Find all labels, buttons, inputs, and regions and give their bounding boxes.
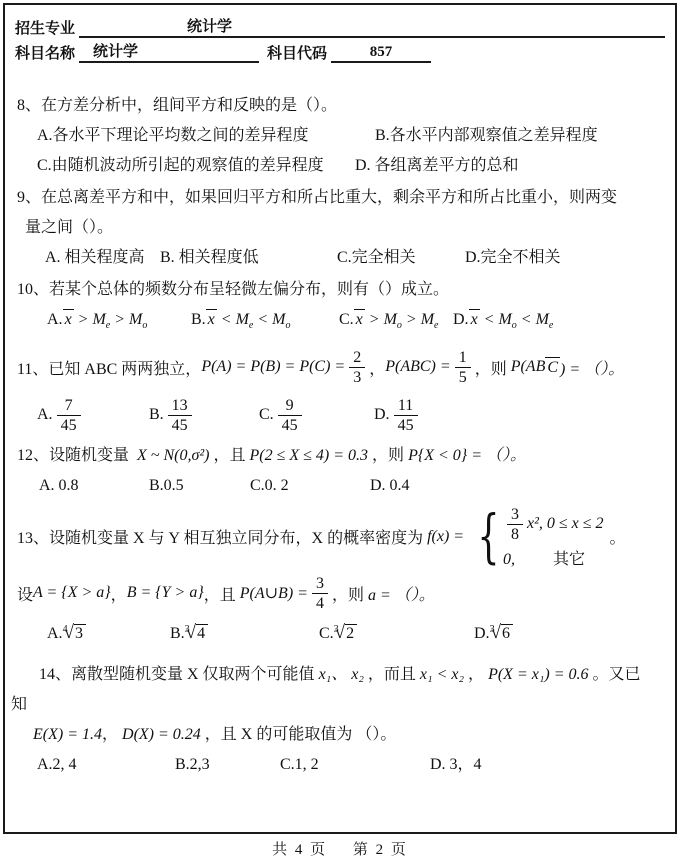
subject-code-line: 857 — [331, 44, 431, 63]
root-index: 3 — [185, 624, 190, 635]
separator: ， — [369, 356, 385, 379]
relation: < — [221, 311, 232, 328]
exam-header: 招生专业 统计学 科目名称 统计学 科目代码 857 — [15, 13, 665, 63]
total-pages-text: 共 4 页 — [272, 842, 327, 858]
subject-code-value: 857 — [370, 44, 393, 60]
fraction: 15 — [455, 348, 471, 387]
separator: ，且 — [204, 582, 236, 605]
radicand: 2 — [345, 624, 357, 642]
union-probability: P(A∪B) = — [240, 583, 308, 603]
question-11-option-d: D.1145 — [374, 394, 663, 437]
option-label: D. — [474, 625, 490, 642]
question-9-option-d: D.完全不相关 — [465, 243, 663, 273]
question-9: 9、在总离差平方和中，如果回归平方和所占比重大，剩余平方和所占比重小，则两变 量… — [17, 183, 663, 273]
question-10-stem: 10、若某个总体的频数分布呈轻微左偏分布，则有（）成立。 — [17, 275, 663, 305]
probability-expression-end: ) = （）。 — [560, 356, 624, 379]
fraction: 1345 — [168, 396, 192, 435]
question-11-option-b: B.1345 — [149, 394, 259, 437]
option-label: C. — [319, 625, 334, 642]
piecewise-function: { 38 x², 0 ≤ x ≤ 2 0, 其它 — [470, 503, 603, 570]
question-9-stem-line2: 量之间（）。 — [17, 213, 663, 243]
option-label: B. — [170, 625, 185, 642]
separator: ， — [468, 666, 484, 683]
subscript: e — [434, 320, 438, 331]
median-symbol: M — [536, 311, 549, 328]
fraction-numerator: 11 — [394, 396, 418, 416]
event-b-definition: B = {Y > a} — [127, 584, 204, 602]
root-index: 3 — [490, 624, 495, 635]
questions-area: 8、在方差分析中，组间平方和反映的是（）。 A.各水平下理论平均数之间的差异程度… — [15, 63, 665, 780]
relation: > — [78, 311, 89, 328]
probability-expression: P(AB — [511, 358, 546, 376]
separator: ，则 — [475, 356, 507, 379]
radical-expression: 3√2 — [334, 618, 357, 651]
option-label: A. — [37, 400, 53, 430]
question-13-option-b: B.3√4 — [170, 618, 319, 651]
option-label: B. — [149, 400, 164, 430]
relation: < — [257, 311, 268, 328]
question-12-option-a: A. 0.8 — [39, 471, 149, 501]
question-10-option-c: C.x>Mo>Me — [339, 305, 453, 341]
piecewise-case-1: 38 x², 0 ≤ x ≤ 2 — [503, 503, 604, 546]
question-13-stem-line2: 设 A = {X > a} ， B = {Y > a} ，且 P(A∪B) = … — [17, 570, 663, 616]
fraction-denominator: 45 — [394, 416, 418, 435]
relation: > — [369, 311, 380, 328]
fraction-denominator: 8 — [507, 525, 523, 544]
fraction-numerator: 3 — [507, 505, 523, 525]
option-label: C. — [259, 400, 274, 430]
relation: > — [114, 311, 125, 328]
radical-expression: 4√3 — [63, 618, 86, 651]
question-8-option-b: B.各水平内部观察值之差异程度 — [375, 121, 663, 151]
question-10-option-d: D.x<Mo<Me — [453, 305, 663, 341]
root-index: 3 — [334, 624, 339, 635]
question-13-stem: 13、设随机变量 X 与 Y 相互独立同分布，X 的概率密度为 f(x) = {… — [17, 503, 663, 570]
option-label: A. — [47, 625, 63, 642]
question-9-option-a: A. 相关程度高 — [45, 243, 160, 273]
density-function: f(x) = — [427, 528, 464, 546]
option-label: B. — [191, 311, 206, 328]
separator: ，则 — [332, 582, 364, 605]
subject-name-line: 统计学 — [79, 40, 259, 63]
subscript: o — [142, 320, 147, 331]
fraction: 945 — [278, 396, 302, 435]
option-label: D. — [374, 400, 390, 430]
separator: ，则 — [372, 447, 404, 464]
radical-expression: 3√6 — [490, 618, 513, 651]
question-14-stem-line3: E(X) = 1.4，D(X) = 0.24，且 X 的可能取值为 （）。 — [17, 720, 663, 750]
subscript: o — [397, 320, 402, 331]
subscript: e — [549, 320, 553, 331]
question-8: 8、在方差分析中，组间平方和反映的是（）。 A.各水平下理论平均数之间的差异程度… — [17, 91, 663, 181]
mean-symbol: x — [469, 309, 480, 329]
separator: ， — [111, 582, 127, 605]
probability-equation: P(A) = P(B) = P(C) = — [201, 358, 345, 376]
probability-value: P(X = x₁) = 0.6 — [488, 666, 588, 683]
relation: > — [406, 311, 417, 328]
question-11-option-c: C.945 — [259, 394, 374, 437]
question-14-option-c: C.1, 2 — [280, 750, 430, 780]
median-symbol: M — [92, 311, 105, 328]
question-13-options: A.4√3 B.3√4 C.3√2 D.3√6 — [47, 616, 663, 652]
fraction-denominator: 4 — [312, 594, 328, 613]
question-12-stem: 12、设随机变量 X ~ N(0,σ²)，且P(2 ≤ X ≤ 4) = 0.3… — [17, 441, 663, 471]
fraction-denominator: 45 — [57, 416, 81, 435]
case-condition: 其它 — [553, 550, 585, 571]
question-8-option-c: C.由随机波动所引起的观察值的差异程度 — [37, 151, 355, 181]
question-10-option-b: B.x<Me<Mo — [191, 305, 339, 341]
question-9-options: A. 相关程度高 B. 相关程度低 C.完全相关 D.完全不相关 — [45, 243, 663, 273]
left-brace: { — [477, 509, 499, 564]
fraction-numerator: 2 — [349, 348, 365, 368]
event-a-definition: A = {X > a} — [33, 584, 111, 602]
unknown-question: a = （）。 — [368, 582, 435, 605]
option-label: A. — [47, 311, 63, 328]
subscript: e — [106, 320, 110, 331]
stem-text: 13、设随机变量 X 与 Y 相互独立同分布，X 的概率密度为 — [17, 525, 423, 548]
question-14-option-b: B.2,3 — [175, 750, 280, 780]
question-13-option-a: A.4√3 — [47, 618, 170, 651]
question-10-option-a: A.x>Me>Mo — [47, 305, 191, 341]
separator: ， — [102, 726, 118, 743]
question-9-option-b: B. 相关程度低 — [160, 243, 337, 273]
header-row-subject: 科目名称 统计学 科目代码 857 — [15, 38, 665, 63]
question-13: 13、设随机变量 X 与 Y 相互独立同分布，X 的概率密度为 f(x) = {… — [17, 503, 663, 652]
probability-equation: P(ABC) = — [385, 358, 450, 376]
relation: < — [521, 311, 532, 328]
question-8-options-row-2: C.由随机波动所引起的观察值的差异程度 D. 各组离差平方的总和 — [37, 151, 663, 181]
sentence-period: 。 — [610, 525, 626, 548]
subscript: o — [512, 320, 517, 331]
option-label: D. — [453, 311, 469, 328]
question-14-option-a: A.2, 4 — [37, 750, 175, 780]
piecewise-case-2: 0, 其它 — [503, 550, 604, 571]
mode-symbol: M — [272, 311, 285, 328]
median-symbol: M — [236, 311, 249, 328]
fraction-denominator: 45 — [278, 416, 302, 435]
subject-code-label: 科目代码 — [267, 42, 331, 63]
separator: ，而且 — [368, 666, 416, 683]
question-10: 10、若某个总体的频数分布呈轻微左偏分布，则有（）成立。 A.x>Me>Mo B… — [17, 275, 663, 341]
mode-symbol: M — [384, 311, 397, 328]
question-8-options-row-1: A.各水平下理论平均数之间的差异程度 B.各水平内部观察值之差异程度 — [37, 121, 663, 151]
question-12-option-c: C.0. 2 — [250, 471, 370, 501]
stem-text: 11、已知 ABC 两两独立， — [17, 356, 201, 379]
variance-equation: D(X) = 0.24 — [122, 726, 201, 743]
complement-bar: C — [545, 357, 560, 377]
expectation-equation: E(X) = 1.4 — [33, 726, 102, 743]
question-11-stem: 11、已知 ABC 两两独立， P(A) = P(B) = P(C) = 23 … — [17, 343, 663, 391]
stem-text: 12、设随机变量 — [17, 447, 129, 464]
mode-symbol: M — [129, 311, 142, 328]
stem-text: 14、离散型随机变量 X 仅取两个可能值 — [39, 666, 315, 683]
question-10-options: A.x>Me>Mo B.x<Me<Mo C.x>Mo>Me D.x<Mo<Me — [47, 305, 663, 341]
median-symbol: M — [421, 311, 434, 328]
question-13-option-c: C.3√2 — [319, 618, 474, 651]
stem-text-end: 。又已 — [593, 666, 641, 683]
radicand: 6 — [501, 624, 513, 642]
question-8-option-a: A.各水平下理论平均数之间的差异程度 — [37, 121, 375, 151]
probability-condition: P(2 ≤ X ≤ 4) = 0.3 — [249, 447, 368, 464]
subscript: o — [285, 320, 290, 331]
question-14-option-d: D. 3，4 — [430, 750, 663, 780]
fraction-denominator: 3 — [349, 368, 365, 387]
distribution-expression: X ~ N(0,σ²) — [137, 447, 209, 464]
separator: ，且 — [213, 447, 245, 464]
case-expression: 0, — [503, 550, 515, 571]
current-page-text: 第 2 页 — [353, 842, 408, 858]
subject-name-value: 统计学 — [93, 44, 138, 60]
question-14-stem-wrap: 知 — [11, 690, 663, 720]
fraction: 23 — [349, 348, 365, 387]
mean-symbol: x — [206, 309, 217, 329]
admission-major-line: 统计学 — [79, 15, 665, 38]
case-expression: x², 0 ≤ x ≤ 2 — [527, 514, 604, 535]
question-11: 11、已知 ABC 两两独立， P(A) = P(B) = P(C) = 23 … — [17, 343, 663, 439]
fraction-numerator: 3 — [312, 574, 328, 594]
fraction-numerator: 1 — [455, 348, 471, 368]
exam-page-frame: 招生专业 统计学 科目名称 统计学 科目代码 857 8、在方差分析中，组间平方… — [3, 3, 677, 834]
page-footer: 共 4 页 第 2 页 — [0, 838, 680, 858]
fraction: 745 — [57, 396, 81, 435]
radicand: 3 — [74, 624, 86, 642]
inequality: x₁ < x₂ — [420, 666, 464, 683]
probability-question: P{X < 0} = （）。 — [408, 447, 526, 464]
fraction: 34 — [312, 574, 328, 613]
question-9-option-c: C.完全相关 — [337, 243, 465, 273]
fraction: 1145 — [394, 396, 418, 435]
question-12-option-b: B.0.5 — [149, 471, 250, 501]
admission-major-label: 招生专业 — [15, 17, 79, 38]
fraction-denominator: 5 — [455, 368, 471, 387]
admission-major-value: 统计学 — [187, 19, 232, 35]
question-13-option-d: D.3√6 — [474, 618, 663, 651]
fraction-numerator: 9 — [278, 396, 302, 416]
subscript: e — [249, 320, 253, 331]
mean-symbol: x — [354, 309, 365, 329]
mode-symbol: M — [498, 311, 511, 328]
question-8-stem: 8、在方差分析中，组间平方和反映的是（）。 — [17, 91, 663, 121]
possible-values: x₁、 x₂ — [319, 666, 364, 683]
question-12: 12、设随机变量 X ~ N(0,σ²)，且P(2 ≤ X ≤ 4) = 0.3… — [17, 441, 663, 501]
question-11-option-a: A.745 — [37, 394, 149, 437]
question-9-stem-line1: 9、在总离差平方和中，如果回归平方和所占比重大，剩余平方和所占比重小，则两变 — [17, 183, 663, 213]
header-row-major: 招生专业 统计学 — [15, 13, 665, 38]
mean-symbol: x — [63, 309, 74, 329]
question-14-options: A.2, 4 B.2,3 C.1, 2 D. 3，4 — [37, 750, 663, 780]
relation: < — [484, 311, 495, 328]
stem-question: ，且 X 的可能取值为 （）。 — [205, 726, 397, 743]
fraction: 38 — [507, 505, 523, 544]
root-index: 4 — [63, 624, 68, 635]
question-8-option-d: D. 各组离差平方的总和 — [355, 151, 663, 181]
fraction-numerator: 7 — [57, 396, 81, 416]
radical-expression: 3√4 — [185, 618, 208, 651]
radicand: 4 — [196, 624, 208, 642]
question-14-stem-line1: 14、离散型随机变量 X 仅取两个可能值x₁、 x₂，而且x₁ < x₂，P(X… — [17, 660, 663, 690]
question-12-options: A. 0.8 B.0.5 C.0. 2 D. 0.4 — [39, 471, 663, 501]
stem-text: 设 — [17, 582, 33, 605]
question-12-option-d: D. 0.4 — [370, 471, 663, 501]
option-label: C. — [339, 311, 354, 328]
question-14: 14、离散型随机变量 X 仅取两个可能值x₁、 x₂，而且x₁ < x₂，P(X… — [17, 660, 663, 780]
fraction-denominator: 45 — [168, 416, 192, 435]
fraction-numerator: 13 — [168, 396, 192, 416]
question-11-options: A.745 B.1345 C.945 D.1145 — [37, 391, 663, 439]
subject-name-label: 科目名称 — [15, 42, 79, 63]
